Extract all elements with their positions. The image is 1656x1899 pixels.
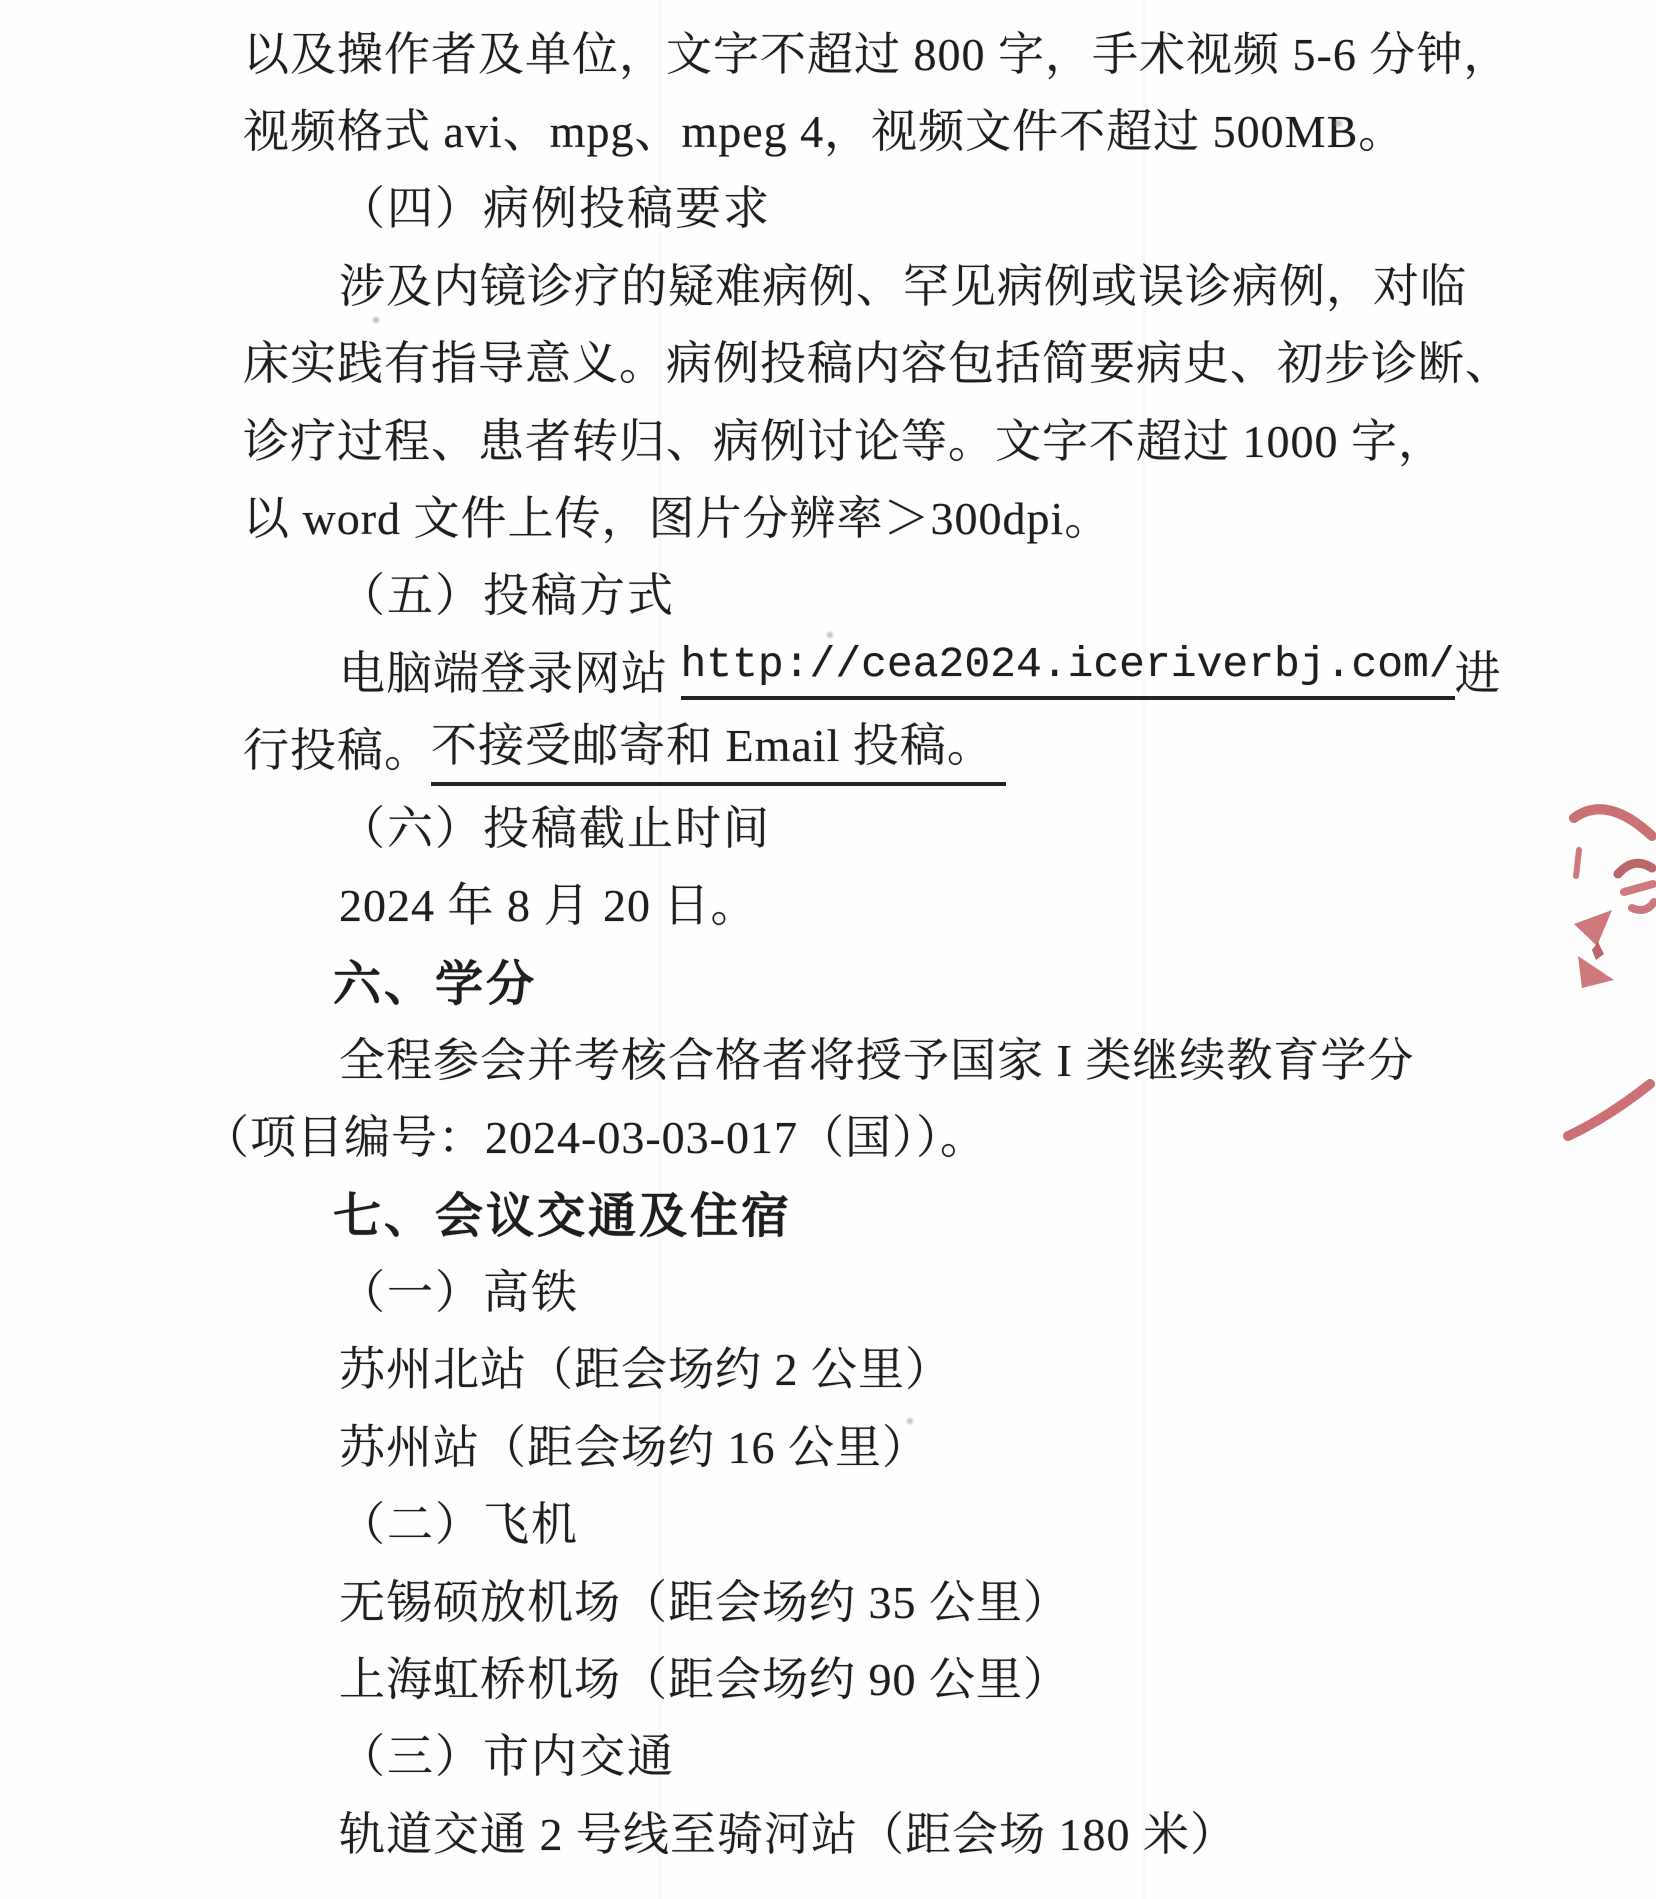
text-line: 上海虹桥机场（距会场约 90 公里） bbox=[243, 1637, 1483, 1714]
text-line: 床实践有指导意义。病例投稿内容包括简要病史、初步诊断、 bbox=[243, 322, 1483, 399]
text-segment: （项目编号：2024-03-03-017（国））。 bbox=[203, 1101, 987, 1167]
text-line: 诊疗过程、患者转归、病例讨论等。文字不超过 1000 字， bbox=[243, 399, 1483, 476]
scan-speck bbox=[373, 317, 379, 323]
text-segment: （四）病例投稿要求 bbox=[339, 172, 771, 238]
text-segment: 苏州北站（距会场约 2 公里） bbox=[339, 1333, 952, 1399]
document-body: 以及操作者及单位，文字不超过 800 字，手术视频 5-6 分钟，视频格式 av… bbox=[243, 12, 1483, 1869]
text-line: 以 word 文件上传，图片分辨率＞300dpi。 bbox=[243, 476, 1483, 553]
text-line: 无锡硕放机场（距会场约 35 公里） bbox=[243, 1560, 1483, 1637]
text-segment: 进 bbox=[1455, 637, 1502, 703]
text-segment: 轨道交通 2 号线至骑河站（距会场 180 米） bbox=[339, 1798, 1237, 1864]
text-line: 行投稿。不接受邮寄和 Email 投稿。 bbox=[243, 709, 1483, 786]
red-stamp-fragment bbox=[1552, 778, 1656, 1178]
text-line: （三）市内交通 bbox=[243, 1715, 1483, 1792]
text-line: 轨道交通 2 号线至骑河站（距会场 180 米） bbox=[243, 1792, 1483, 1869]
text-segment: （三）市内交通 bbox=[339, 1720, 675, 1786]
text-line: 涉及内镜诊疗的疑难病例、罕见病例或误诊病例，对临 bbox=[243, 244, 1483, 321]
scan-speck bbox=[1335, 120, 1342, 127]
text-line: 2024 年 8 月 20 日。 bbox=[243, 863, 1483, 940]
text-segment: 无锡硕放机场（距会场约 35 公里） bbox=[339, 1566, 1070, 1632]
text-segment: 诊疗过程、患者转归、病例讨论等。文字不超过 1000 字， bbox=[243, 405, 1445, 471]
text-segment: 涉及内镜诊疗的疑难病例、罕见病例或误诊病例，对临 bbox=[339, 250, 1467, 316]
text-line: （项目编号：2024-03-03-017（国））。 bbox=[203, 1095, 1483, 1172]
text-segment: 苏州站（距会场约 16 公里） bbox=[339, 1411, 929, 1477]
underlined-text: 不接受邮寄和 Email 投稿。 bbox=[431, 709, 1006, 786]
scanned-document-page: 以及操作者及单位，文字不超过 800 字，手术视频 5-6 分钟，视频格式 av… bbox=[0, 0, 1656, 1899]
text-segment: （六）投稿截止时间 bbox=[339, 792, 771, 858]
text-line: 全程参会并考核合格者将授予国家 I 类继续教育学分 bbox=[243, 1018, 1483, 1095]
scan-speck bbox=[907, 1418, 913, 1424]
text-line: 七、会议交通及住宿 bbox=[243, 1173, 1483, 1250]
text-line: （五）投稿方式 bbox=[243, 554, 1483, 631]
underlined-text: http://cea2024.iceriverbj.com/ bbox=[681, 640, 1455, 700]
text-segment: 上海虹桥机场（距会场约 90 公里） bbox=[339, 1643, 1070, 1709]
text-segment: 视频格式 avi、mpg、mpeg 4，视频文件不超过 500MB。 bbox=[243, 95, 1405, 161]
text-segment: （二）飞机 bbox=[339, 1488, 579, 1554]
text-segment: 2024 年 8 月 20 日。 bbox=[339, 869, 758, 935]
text-line: （四）病例投稿要求 bbox=[243, 167, 1483, 244]
text-line: 电脑端登录网站 http://cea2024.iceriverbj.com/进 bbox=[243, 631, 1483, 708]
text-line: 视频格式 avi、mpg、mpeg 4，视频文件不超过 500MB。 bbox=[243, 89, 1483, 166]
text-segment: 床实践有指导意义。病例投稿内容包括简要病史、初步诊断、 bbox=[243, 327, 1512, 393]
text-segment: 以及操作者及单位，文字不超过 800 字，手术视频 5-6 分钟， bbox=[243, 18, 1510, 84]
text-segment: 七、会议交通及住宿 bbox=[333, 1177, 792, 1246]
text-line: 六、学分 bbox=[243, 941, 1483, 1018]
text-line: （六）投稿截止时间 bbox=[243, 786, 1483, 863]
text-line: （一）高铁 bbox=[243, 1250, 1483, 1327]
scan-speck bbox=[827, 632, 833, 638]
text-line: 苏州北站（距会场约 2 公里） bbox=[243, 1328, 1483, 1405]
text-segment: （一）高铁 bbox=[339, 1256, 579, 1322]
text-segment: 全程参会并考核合格者将授予国家 I 类继续教育学分 bbox=[339, 1024, 1414, 1090]
text-line: 以及操作者及单位，文字不超过 800 字，手术视频 5-6 分钟， bbox=[243, 12, 1483, 89]
text-segment: 电脑端登录网站 bbox=[339, 637, 681, 703]
text-line: （二）飞机 bbox=[243, 1482, 1483, 1559]
text-segment: 以 word 文件上传，图片分辨率＞300dpi。 bbox=[243, 482, 1111, 548]
text-segment: （五）投稿方式 bbox=[339, 559, 675, 625]
text-segment: 六、学分 bbox=[333, 945, 537, 1014]
text-line: 苏州站（距会场约 16 公里） bbox=[243, 1405, 1483, 1482]
text-segment: 行投稿。 bbox=[243, 714, 431, 780]
